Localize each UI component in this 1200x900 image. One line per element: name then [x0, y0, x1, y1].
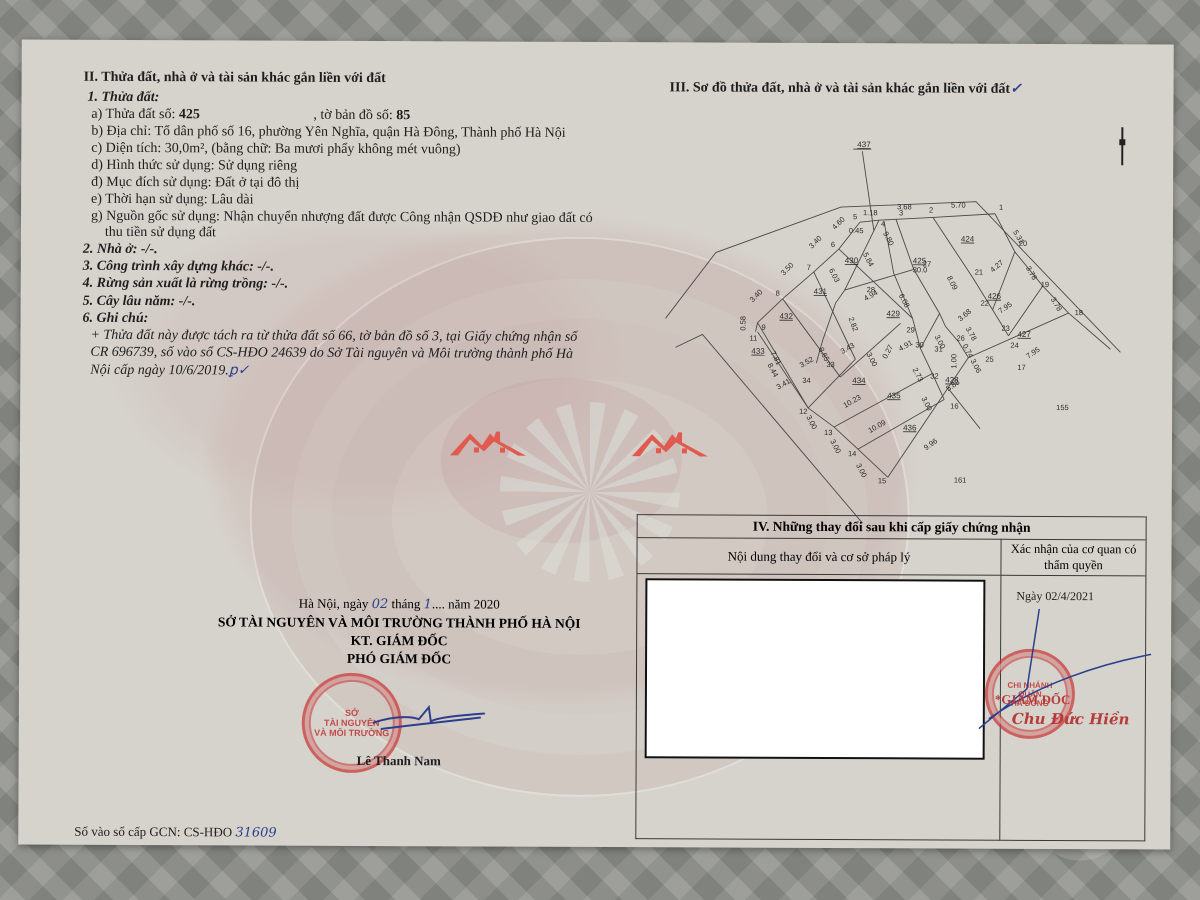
parcel-432: 432	[780, 312, 794, 321]
issuer-signature-block: Hà Nội, ngày 02 tháng 1.... năm 2020 SỞ …	[204, 595, 594, 668]
parcel-430: 430	[845, 256, 859, 265]
house-logo-icon	[448, 427, 528, 457]
svg-text:15: 15	[878, 476, 886, 485]
area-line: c) Diện tích: 30,0m², (bằng chữ: Ba mươi…	[91, 141, 460, 159]
redacted-box	[645, 578, 986, 759]
svg-text:0.45: 0.45	[849, 226, 864, 235]
parcel-number: 425	[179, 107, 200, 122]
svg-text:2.73: 2.73	[911, 366, 926, 383]
parcel-431: 431	[814, 287, 828, 296]
parcel-424: 424	[961, 235, 975, 244]
usage-purpose-line: đ) Mục đích sử dụng: Đất ở tại đô thị	[91, 175, 299, 192]
section4-title: IV. Những thay đổi sau khi cấp giấy chứn…	[637, 515, 1146, 540]
parcel-426: 426	[988, 292, 1002, 301]
svg-text:5: 5	[853, 212, 857, 221]
col-change-content: Nội dung thay đổi và cơ sở pháp lý	[637, 538, 1001, 576]
on-behalf-title: KT. GIÁM ĐỐC	[204, 632, 594, 650]
svg-text:3.41: 3.41	[775, 376, 792, 391]
svg-text:13: 13	[824, 428, 832, 437]
svg-text:3.78: 3.78	[964, 325, 979, 342]
svg-text:9: 9	[761, 323, 765, 332]
svg-text:6.08: 6.08	[897, 292, 912, 309]
dimension-labels: 1.18 3.68 5.70 5.31 4.60 0.45 9.80 3.40 …	[738, 200, 1065, 480]
issuing-agency: SỞ TÀI NGUYÊN VÀ MÔI TRƯỜNG THÀNH PHỐ HÀ…	[204, 614, 594, 632]
svg-text:5.84: 5.84	[861, 251, 876, 268]
notes-line-1: + Thửa đất này được tách ra từ thửa đất …	[90, 328, 577, 346]
svg-text:33: 33	[826, 360, 834, 369]
svg-text:3.52: 3.52	[798, 355, 815, 370]
signer-position: PHÓ GIÁM ĐỐC	[204, 650, 594, 668]
map-sheet-line: , tờ bản đồ số: 85	[313, 108, 410, 124]
svg-text:21: 21	[975, 268, 983, 277]
svg-text:3.00: 3.00	[865, 351, 880, 368]
svg-text:32: 32	[930, 371, 938, 380]
svg-text:26: 26	[956, 334, 964, 343]
svg-text:4: 4	[881, 219, 885, 228]
svg-text:22: 22	[981, 299, 989, 308]
issue-day: 02	[372, 597, 389, 612]
section3-title: III. Sơ đồ thửa đất, nhà ở và tài sản kh…	[670, 79, 1022, 98]
svg-text:3.00: 3.00	[828, 438, 843, 455]
registry-number: 31609	[235, 825, 276, 840]
svg-text:3.68: 3.68	[897, 202, 912, 211]
parcel-161: 161	[954, 476, 967, 485]
svg-text:2.82: 2.82	[847, 316, 860, 333]
svg-text:7.95: 7.95	[997, 300, 1014, 316]
registry-number-line: Số vào sổ cấp GCN: CS-HĐO 31609	[74, 824, 276, 841]
parcel-427: 427	[1017, 330, 1031, 339]
svg-text:34: 34	[802, 376, 810, 385]
svg-text:1.18: 1.18	[863, 208, 878, 217]
address-line: b) Địa chỉ: Tổ dân phố số 16, phường Yên…	[91, 124, 565, 142]
svg-text:14: 14	[848, 449, 856, 458]
parcel-diagram: 437 424 425 30.0 430 431 432 433 426 427…	[630, 122, 1172, 524]
svg-text:10.23: 10.23	[842, 393, 863, 410]
svg-text:3.78: 3.78	[1049, 296, 1064, 313]
svg-text:9.80: 9.80	[881, 230, 896, 247]
svg-text:3.00: 3.00	[804, 414, 819, 431]
notes-heading: 6. Ghi chú:	[83, 311, 149, 327]
svg-text:4.91: 4.91	[897, 338, 914, 353]
svg-text:29: 29	[906, 325, 914, 334]
svg-text:27: 27	[923, 259, 931, 268]
svg-text:11: 11	[749, 334, 757, 343]
notes-line-3: Nội cấp ngày 10/6/2019.ꝑ✓	[90, 362, 249, 380]
parcel-number-line: a) Thửa đất số: 425	[91, 107, 199, 123]
usage-term-line: e) Thời hạn sử dụng: Lâu dài	[91, 192, 254, 209]
parcel-433: 433	[751, 347, 765, 356]
land-heading: 1. Thửa đất:	[87, 90, 159, 106]
parcel-429: 429	[887, 309, 901, 318]
point-labels: 1 2 3 4 5 6 7 8 9 11 12 13 14 15 16 17 1…	[749, 202, 1084, 486]
branch-director-title: *GIÁM ĐỐC	[995, 692, 1071, 708]
svg-text:0.58: 0.58	[738, 316, 747, 331]
svg-text:8: 8	[776, 289, 780, 298]
forest-line: 4. Rừng sản xuất là rừng trồng: -/-.	[83, 276, 289, 293]
svg-text:7: 7	[807, 263, 811, 272]
section2-title: II. Thửa đất, nhà ở và tài sản khác gắn …	[84, 70, 386, 87]
col-authority-confirmation: Xác nhận của cơ quan có thẩm quyền	[1001, 539, 1146, 576]
map-sheet-number: 85	[396, 108, 410, 123]
svg-text:24: 24	[1010, 341, 1018, 350]
svg-text:8.09: 8.09	[945, 274, 960, 291]
svg-text:0.27: 0.27	[880, 343, 895, 360]
handwritten-check: ✓	[1010, 81, 1022, 97]
svg-text:18: 18	[1075, 308, 1083, 317]
branch-director-name: Chu Đức Hiền	[1012, 710, 1130, 729]
svg-text:6: 6	[831, 240, 835, 249]
handwritten-initial: ꝑ✓	[229, 362, 250, 378]
house-line: 2. Nhà ở: -/-.	[83, 242, 158, 258]
house-logo-icon	[630, 428, 710, 458]
signature-scribble	[369, 703, 489, 734]
issue-month: 1	[424, 597, 432, 612]
signer-name: Lê Thanh Nam	[357, 753, 441, 769]
svg-text:3.40: 3.40	[748, 287, 765, 304]
svg-text:5.70: 5.70	[951, 201, 966, 210]
svg-text:1: 1	[999, 203, 1003, 212]
svg-text:0.74: 0.74	[961, 342, 976, 359]
svg-text:9.96: 9.96	[922, 436, 939, 452]
notes-line-2: CR 696739, số vào sổ CS-HĐO 24639 do Sở …	[90, 345, 573, 363]
svg-text:19: 19	[1041, 280, 1049, 289]
parcel-436: 436	[903, 423, 917, 432]
svg-text:7.95: 7.95	[1024, 345, 1041, 361]
confirmation-date: Ngày 02/4/2021	[1016, 589, 1094, 604]
svg-text:2: 2	[929, 205, 933, 214]
svg-text:16: 16	[950, 402, 958, 411]
issue-date: Hà Nội, ngày 02 tháng 1.... năm 2020	[204, 595, 594, 613]
svg-text:12: 12	[799, 407, 807, 416]
svg-text:17: 17	[1017, 363, 1025, 372]
svg-text:1.00: 1.00	[949, 354, 958, 369]
svg-text:10.09: 10.09	[867, 418, 888, 435]
svg-text:3.06: 3.06	[969, 357, 984, 374]
parcel-435: 435	[887, 391, 901, 400]
svg-text:6.03: 6.03	[827, 267, 842, 284]
svg-text:25: 25	[985, 355, 993, 364]
svg-text:4.94: 4.94	[862, 288, 879, 303]
usage-form-line: d) Hình thức sử dụng: Sử dụng riêng	[91, 158, 297, 175]
parcel-437: 437	[857, 140, 871, 149]
svg-text:3.68: 3.68	[956, 307, 973, 323]
land-use-certificate: II. Thửa đất, nhà ở và tài sản khác gắn …	[18, 39, 1174, 849]
svg-text:3.43: 3.43	[839, 341, 856, 356]
svg-text:4.27: 4.27	[988, 258, 1005, 274]
svg-text:23: 23	[1001, 324, 1009, 333]
svg-text:3.40: 3.40	[807, 234, 824, 251]
svg-text:30: 30	[915, 340, 923, 349]
svg-text:3.50: 3.50	[779, 261, 796, 278]
other-construction-line: 3. Công trình xây dựng khác: -/-.	[83, 259, 274, 276]
svg-text:3.00: 3.00	[919, 395, 934, 412]
origin-line-2: thu tiền sử dụng đất	[105, 225, 216, 241]
perennial-line: 5. Cây lâu năm: -/-.	[83, 294, 196, 310]
parcel-155: 155	[1056, 403, 1069, 412]
parcel-map: 437 424 425 30.0 430 431 432 433 426 427…	[630, 122, 1172, 524]
svg-text:3.00: 3.00	[854, 462, 869, 479]
parcel-434: 434	[852, 376, 866, 385]
svg-text:4.60: 4.60	[830, 215, 847, 232]
